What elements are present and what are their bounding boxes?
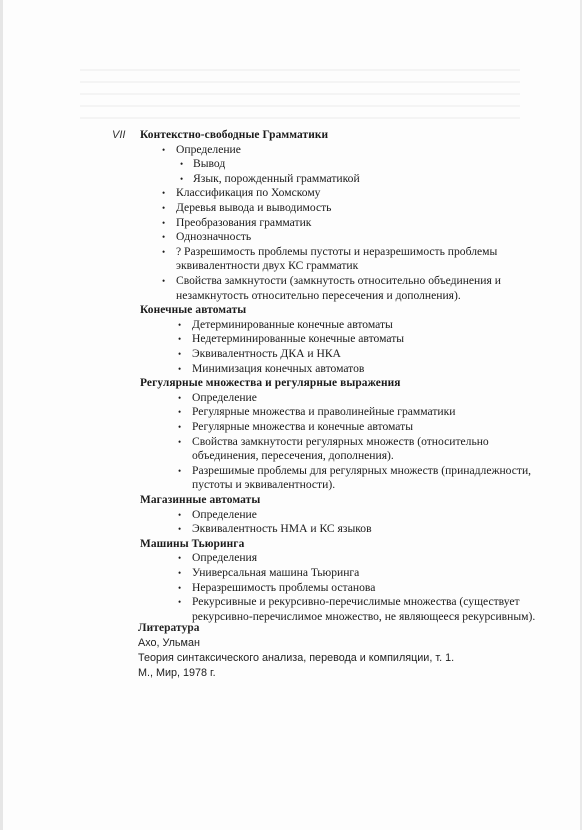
list-item: Регулярные множества и конечные автоматы — [192, 420, 413, 434]
bullet-icon: • — [162, 245, 165, 259]
list-item-continuation: пустоты и эквивалентности). — [192, 478, 335, 492]
bullet-icon: • — [178, 435, 181, 449]
bullet-icon: • — [180, 172, 183, 186]
list-item: Разрешимые проблемы для регулярных множе… — [192, 464, 531, 478]
list-item: Определения — [192, 551, 257, 565]
literature-line: М., Мир, 1978 г. — [138, 666, 216, 680]
bullet-icon: • — [178, 581, 181, 595]
section-number: VII — [112, 128, 125, 142]
list-item: Универсальная машина Тьюринга — [192, 566, 359, 580]
bullet-icon: • — [178, 508, 181, 522]
sub-list-item: Язык, порожденный грамматикой — [193, 172, 360, 186]
list-item-continuation: рекурсивно-перечислимое множество, не яв… — [192, 610, 535, 624]
subsection-title: Машины Тьюринга — [140, 537, 244, 551]
bullet-icon: • — [162, 201, 165, 215]
bleed-through-text — [80, 62, 520, 122]
list-item: Определение — [192, 391, 257, 405]
sub-list-item: Вывод — [193, 157, 225, 171]
list-item: Рекурсивные и рекурсивно-перечислимые мн… — [192, 595, 520, 609]
list-item: Определение — [176, 143, 241, 157]
list-item: ? Разрешимость проблемы пустоты и неразр… — [176, 245, 497, 259]
bullet-icon: • — [162, 230, 165, 244]
list-item: Эквивалентность НМА и КС языков — [192, 522, 372, 536]
bullet-icon: • — [180, 157, 183, 171]
list-item-continuation: эквивалентности двух КС грамматик — [176, 259, 358, 273]
literature-title: Литература — [138, 621, 200, 635]
bullet-icon: • — [162, 186, 165, 200]
bullet-icon: • — [178, 332, 181, 346]
scanned-page: VIIКонтекстно-свободные Грамматики•Опред… — [0, 0, 582, 830]
bullet-icon: • — [178, 405, 181, 419]
list-item: Детерминированные конечные автоматы — [192, 318, 393, 332]
bullet-icon: • — [178, 362, 181, 376]
list-item: Свойства замкнутости (замкнутость относи… — [176, 274, 501, 288]
subsection-title: Регулярные множества и регулярные выраже… — [140, 376, 401, 390]
literature-line: Ахо, Ульман — [138, 636, 200, 650]
list-item: Минимизация конечных автоматов — [192, 362, 364, 376]
subsection-title: Магазинные автоматы — [140, 493, 260, 507]
list-item: Эквивалентность ДКА и НКА — [192, 347, 341, 361]
bullet-icon: • — [178, 347, 181, 361]
bullet-icon: • — [162, 274, 165, 288]
section-title: Контекстно-свободные Грамматики — [140, 128, 328, 142]
bullet-icon: • — [178, 464, 181, 478]
bullet-icon: • — [178, 551, 181, 565]
list-item: Преобразования грамматик — [176, 216, 311, 230]
list-item: Классификация по Хомскому — [176, 186, 320, 200]
list-item: Определение — [192, 508, 257, 522]
list-item-continuation: незамкнутость относительно пересечения и… — [176, 289, 461, 303]
list-item: Неразрешимость проблемы останова — [192, 581, 375, 595]
bullet-icon: • — [178, 566, 181, 580]
subsection-title: Конечные автоматы — [140, 303, 246, 317]
literature-line: Теория синтаксического анализа, перевода… — [138, 651, 454, 665]
bullet-icon: • — [178, 522, 181, 536]
list-item: Однозначность — [176, 230, 251, 244]
list-item: Свойства замкнутости регулярных множеств… — [192, 435, 489, 449]
bullet-icon: • — [178, 595, 181, 609]
bullet-icon: • — [178, 318, 181, 332]
list-item: Регулярные множества и праволинейные гра… — [192, 405, 455, 419]
list-item-continuation: объединения, пересечения, дополнения). — [192, 449, 394, 463]
list-item: Деревья вывода и выводимость — [176, 201, 331, 215]
bullet-icon: • — [162, 143, 165, 157]
bullet-icon: • — [162, 216, 165, 230]
list-item: Недетерминированные конечные автоматы — [192, 332, 404, 346]
bullet-icon: • — [178, 420, 181, 434]
bullet-icon: • — [178, 391, 181, 405]
scan-edge-left — [0, 0, 3, 830]
